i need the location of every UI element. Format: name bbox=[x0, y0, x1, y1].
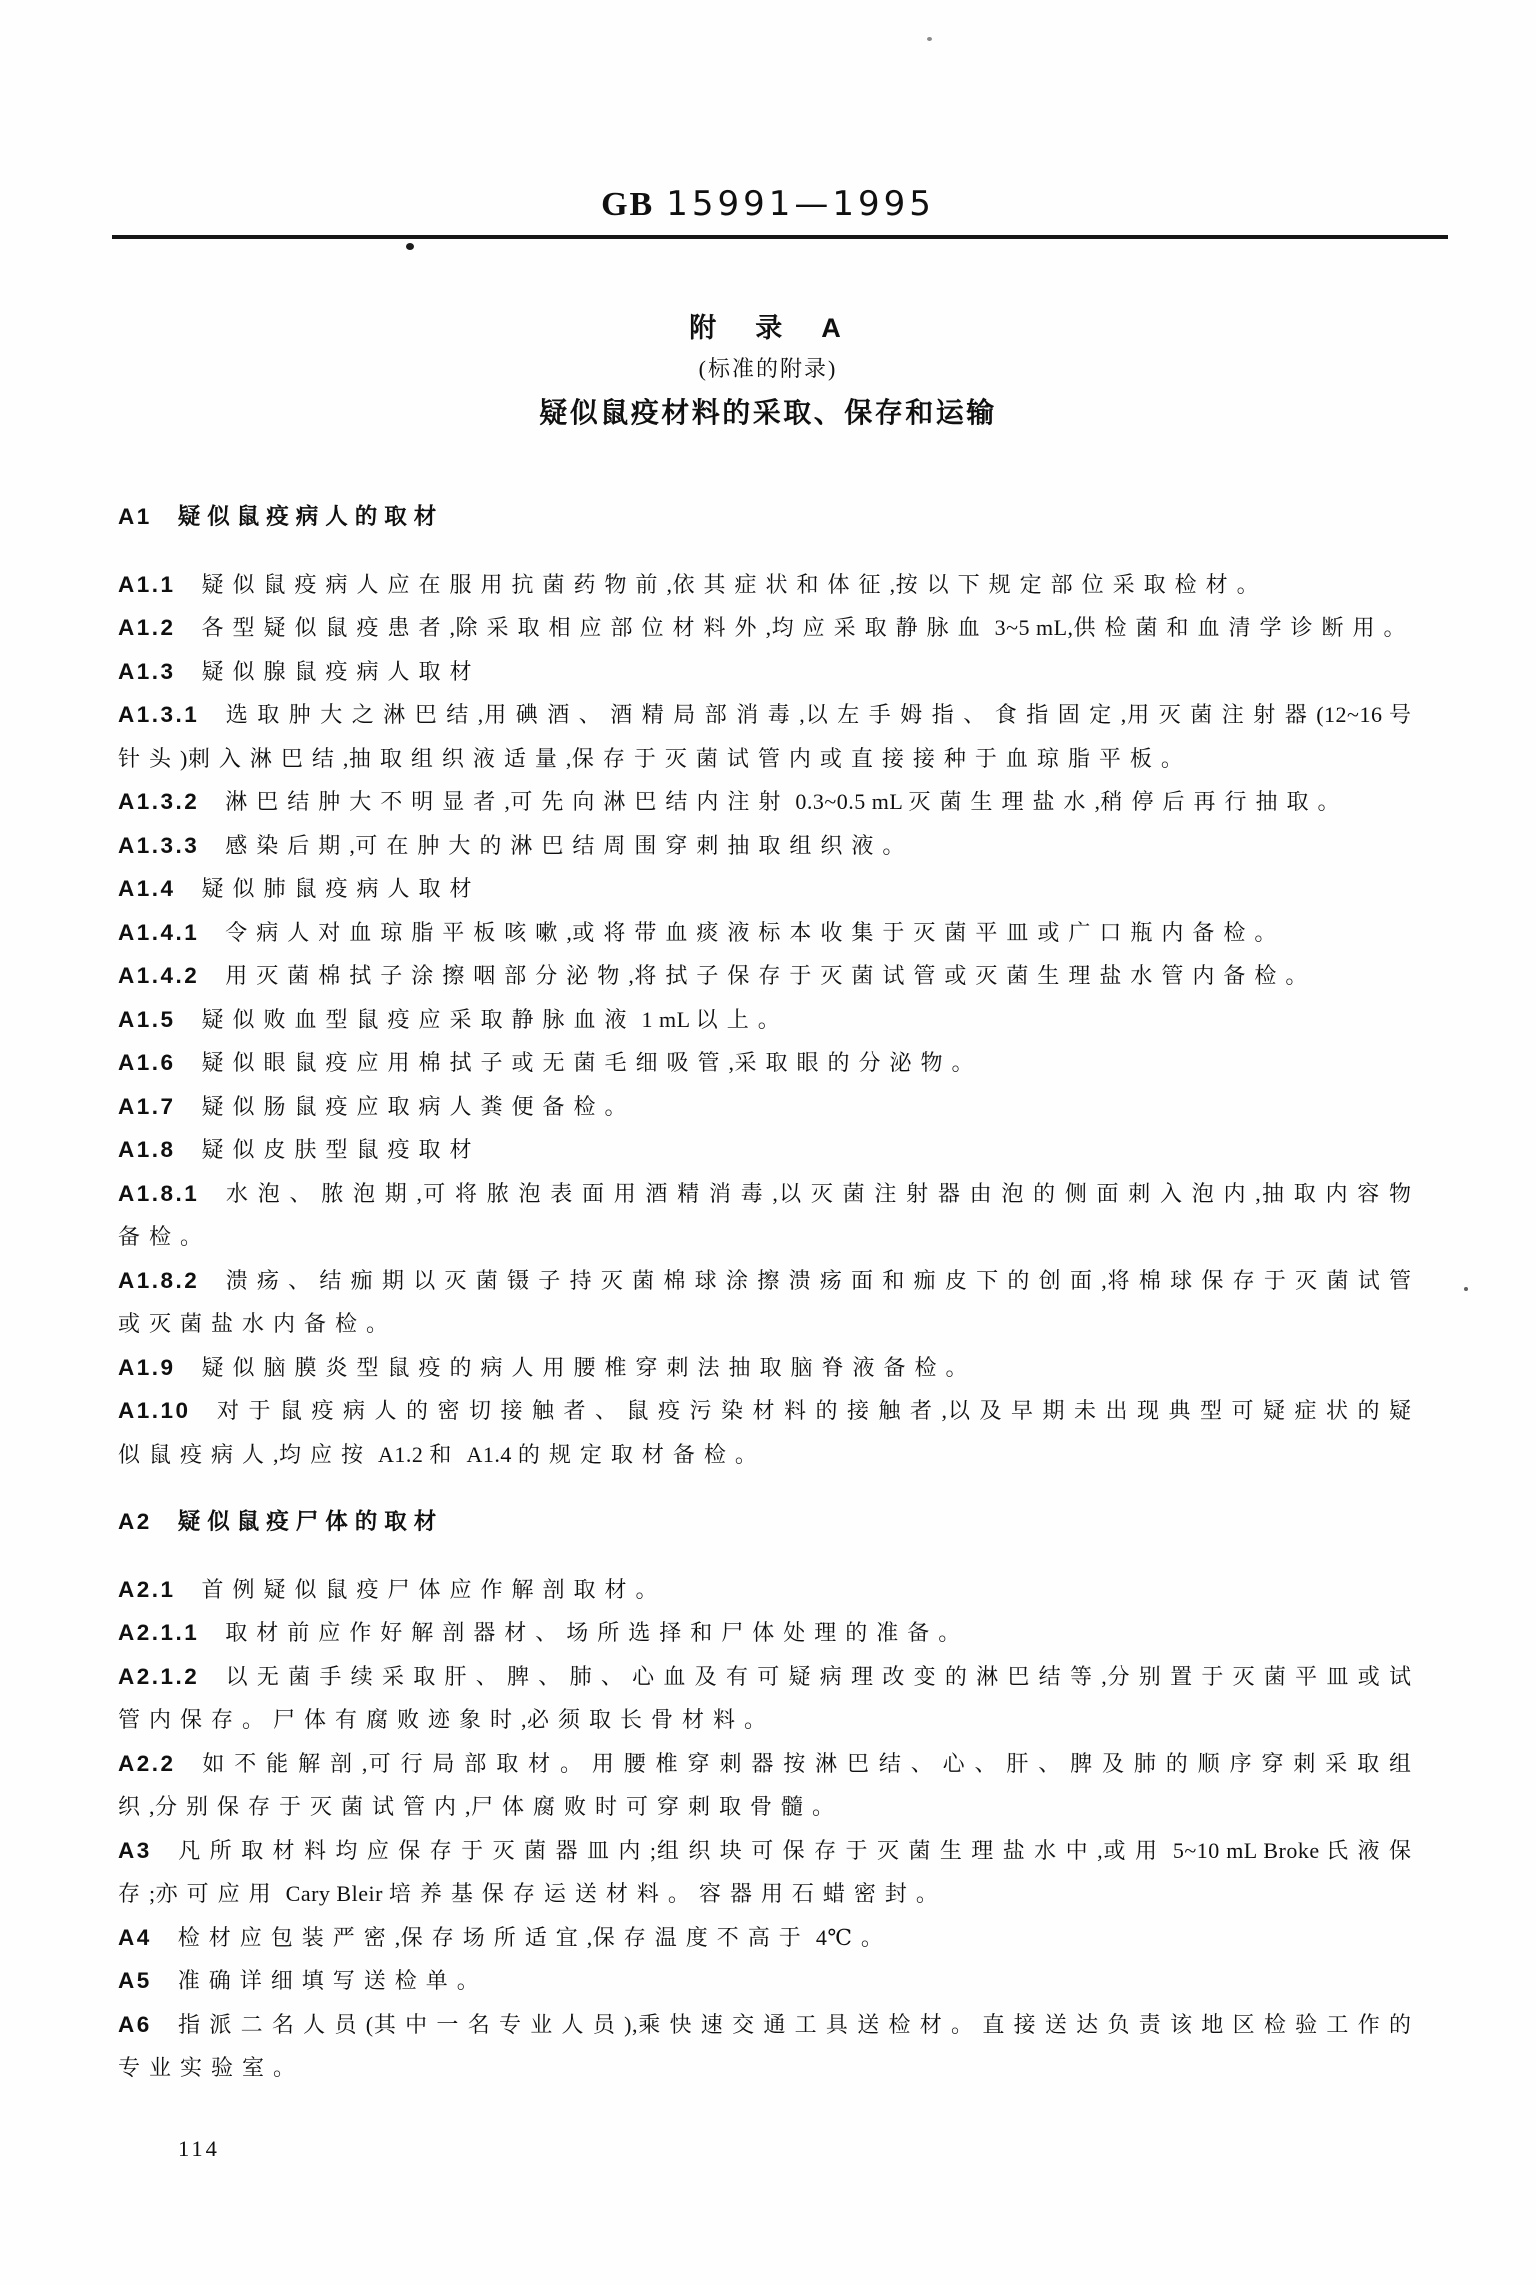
appendix-title: 疑似鼠疫材料的采取、保存和运输 bbox=[0, 395, 1536, 431]
clause-number: A1.5 bbox=[118, 1007, 202, 1032]
clause-text: 疑似鼠疫病人应在服用抗菌药物前,依其症状和体征,按以下规定部位采取检材。 bbox=[202, 572, 1268, 597]
clause-number: A1.3.1 bbox=[118, 702, 225, 727]
clause: A1.7疑似肠鼠疫应取病人粪便备检。 bbox=[118, 1085, 1420, 1129]
clause-number: A1.8 bbox=[118, 1137, 202, 1162]
clause-text: 选取肿大之淋巴结,用碘酒、酒精局部消毒,以左手姆指、食指固定,用灭菌注射器(12… bbox=[118, 702, 1420, 771]
clause-text: 各型疑似鼠疫患者,除采取相应部位材料外,均应采取静脉血 3~5 mL,供检菌和血… bbox=[202, 615, 1415, 640]
clause: A1.5疑似败血型鼠疫应采取静脉血液 1 mL 以上。 bbox=[118, 998, 1420, 1042]
clause-text: 以无菌手续采取肝、脾、肺、心血及有可疑病理改变的淋巴结等,分别置于灭菌平皿或试管… bbox=[118, 1664, 1420, 1733]
clause: A1.4.2用灭菌棉拭子涂擦咽部分泌物,将拭子保存于灭菌试管或灭菌生理盐水管内备… bbox=[118, 954, 1420, 998]
clause: A1.9疑似脑膜炎型鼠疫的病人用腰椎穿刺法抽取脑脊液备检。 bbox=[118, 1346, 1420, 1390]
clause-number: A2 bbox=[118, 1509, 178, 1534]
clause-list: A1疑似鼠疫病人的取材 A1.1疑似鼠疫病人应在服用抗菌药物前,依其症状和体征,… bbox=[118, 431, 1420, 2090]
clause-number: A4 bbox=[118, 1925, 178, 1950]
clause-text: 检材应包装严密,保存场所适宜,保存温度不高于 4℃。 bbox=[178, 1925, 892, 1950]
clause-text: 疑似脑膜炎型鼠疫的病人用腰椎穿刺法抽取脑脊液备检。 bbox=[202, 1355, 977, 1380]
clause-number: A2.1.2 bbox=[118, 1664, 225, 1689]
clause: A4检材应包装严密,保存场所适宜,保存温度不高于 4℃。 bbox=[118, 1916, 1420, 1960]
clause-text: 溃疡、结痂期以灭菌镊子持灭菌棉球涂擦溃疡面和痂皮下的创面,将棉球保存于灭菌试管或… bbox=[118, 1268, 1420, 1337]
clause: A1.3.1选取肿大之淋巴结,用碘酒、酒精局部消毒,以左手姆指、食指固定,用灭菌… bbox=[118, 693, 1420, 780]
clause-number: A1.6 bbox=[118, 1050, 202, 1075]
clause-number: A3 bbox=[118, 1838, 178, 1863]
clause-number: A1.7 bbox=[118, 1094, 202, 1119]
clause: A1.3疑似腺鼠疫病人取材 bbox=[118, 650, 1420, 694]
clause-text: 如不能解剖,可行局部取材。用腰椎穿刺器按淋巴结、心、肝、脾及肺的顺序穿刺采取组织… bbox=[118, 1751, 1420, 1820]
clause-text: 指派二名人员(其中一名专业人员),乘快速交通工具送检材。直接送达负责该地区检验工… bbox=[118, 2012, 1420, 2081]
clause-text: 凡所取材料均应保存于灭菌器皿内;组织块可保存于灭菌生理盐水中,或用 5~10 m… bbox=[118, 1838, 1420, 1907]
clause-number: A2.1 bbox=[118, 1577, 202, 1602]
clause-text: 疑似皮肤型鼠疫取材 bbox=[202, 1137, 481, 1162]
page-number: 114 bbox=[178, 2136, 220, 2161]
clause: A3凡所取材料均应保存于灭菌器皿内;组织块可保存于灭菌生理盐水中,或用 5~10… bbox=[118, 1829, 1420, 1916]
clause-number: A1.3.3 bbox=[118, 833, 225, 858]
standard-prefix: GB bbox=[601, 186, 654, 223]
clause-text: 疑似肠鼠疫应取病人粪便备检。 bbox=[202, 1094, 636, 1119]
appendix-note: (标准的附录) bbox=[0, 354, 1536, 384]
clause-text: 首例疑似鼠疫尸体应作解剖取材。 bbox=[202, 1577, 667, 1602]
page-header: GB15991—1995 bbox=[0, 0, 1536, 239]
clause: A1.4.1令病人对血琼脂平板咳嗽,或将带血痰液标本收集于灭菌平皿或广口瓶内备检… bbox=[118, 911, 1420, 955]
clause-number: A2.2 bbox=[118, 1751, 202, 1776]
appendix-header: 附 录 A (标准的附录) 疑似鼠疫材料的采取、保存和运输 bbox=[0, 311, 1536, 431]
clause-text: 准确详细填写送检单。 bbox=[178, 1968, 488, 1993]
ink-speck bbox=[927, 37, 932, 41]
clause: A1.3.2淋巴结肿大不明显者,可先向淋巴结内注射 0.3~0.5 mL 灭菌生… bbox=[118, 780, 1420, 824]
clause: A1.3.3感染后期,可在肿大的淋巴结周围穿刺抽取组织液。 bbox=[118, 824, 1420, 868]
clause-text: 取材前应作好解剖器材、场所选择和尸体处理的准备。 bbox=[225, 1620, 969, 1645]
clause: A5准确详细填写送检单。 bbox=[118, 1959, 1420, 2003]
clause: A1.8.2溃疡、结痂期以灭菌镊子持灭菌棉球涂擦溃疡面和痂皮下的创面,将棉球保存… bbox=[118, 1259, 1420, 1346]
clause: A1疑似鼠疫病人的取材 bbox=[118, 495, 1420, 539]
clause: A1.6疑似眼鼠疫应用棉拭子或无菌毛细吸管,采取眼的分泌物。 bbox=[118, 1041, 1420, 1085]
clause: A1.10对于鼠疫病人的密切接触者、鼠疫污染材料的接触者,以及早期未出现典型可疑… bbox=[118, 1389, 1420, 1476]
page-footer: 114 bbox=[178, 2136, 1536, 2162]
clause-text: 用灭菌棉拭子涂擦咽部分泌物,将拭子保存于灭菌试管或灭菌生理盐水管内备检。 bbox=[225, 963, 1316, 988]
clause: A1.8疑似皮肤型鼠疫取材 bbox=[118, 1128, 1420, 1172]
clause-text: 疑似肺鼠疫病人取材 bbox=[202, 876, 481, 901]
clause-number: A1 bbox=[118, 504, 178, 529]
clause-text: 疑似鼠疫尸体的取材 bbox=[178, 1509, 444, 1534]
clause-text: 令病人对血琼脂平板咳嗽,或将带血痰液标本收集于灭菌平皿或广口瓶内备检。 bbox=[225, 920, 1285, 945]
clause-number: A5 bbox=[118, 1968, 178, 1993]
clause-number: A1.3.2 bbox=[118, 789, 225, 814]
clause: A2.1.2以无菌手续采取肝、脾、肺、心血及有可疑病理改变的淋巴结等,分别置于灭… bbox=[118, 1655, 1420, 1742]
clause-number: A2.1.1 bbox=[118, 1620, 225, 1645]
clause-number: A1.3 bbox=[118, 659, 202, 684]
scanned-standard-page: { "page": { "doc_code": { "prefix": "GB"… bbox=[0, 0, 1536, 2285]
clause: A1.2各型疑似鼠疫患者,除采取相应部位材料外,均应采取静脉血 3~5 mL,供… bbox=[118, 606, 1420, 650]
appendix-label: 附 录 A bbox=[0, 311, 1536, 345]
clause-number: A6 bbox=[118, 2012, 178, 2037]
clause-text: 疑似眼鼠疫应用棉拭子或无菌毛细吸管,采取眼的分泌物。 bbox=[202, 1050, 983, 1075]
clause: A6指派二名人员(其中一名专业人员),乘快速交通工具送检材。直接送达负责该地区检… bbox=[118, 2003, 1420, 2090]
clause-number: A1.2 bbox=[118, 615, 202, 640]
clause-number: A1.4.2 bbox=[118, 963, 225, 988]
clause: A2.2如不能解剖,可行局部取材。用腰椎穿刺器按淋巴结、心、肝、脾及肺的顺序穿刺… bbox=[118, 1742, 1420, 1829]
ink-speck bbox=[406, 243, 414, 250]
header-rule bbox=[112, 235, 1448, 239]
clause: A1.8.1水泡、脓泡期,可将脓泡表面用酒精消毒,以灭菌注射器由泡的侧面刺入泡内… bbox=[118, 1172, 1420, 1259]
clause-text: 疑似腺鼠疫病人取材 bbox=[202, 659, 481, 684]
clause-number: A1.10 bbox=[118, 1398, 217, 1423]
standard-digits: 15991—1995 bbox=[666, 184, 935, 224]
clause: A2疑似鼠疫尸体的取材 bbox=[118, 1500, 1420, 1544]
clause-number: A1.1 bbox=[118, 572, 202, 597]
clause-text: 对于鼠疫病人的密切接触者、鼠疫污染材料的接触者,以及早期未出现典型可疑症状的疑似… bbox=[118, 1398, 1420, 1467]
clause-number: A1.9 bbox=[118, 1355, 202, 1380]
clause-number: A1.4.1 bbox=[118, 920, 225, 945]
clause-text: 水泡、脓泡期,可将脓泡表面用酒精消毒,以灭菌注射器由泡的侧面刺入泡内,抽取内容物… bbox=[118, 1181, 1420, 1250]
clause: A1.4疑似肺鼠疫病人取材 bbox=[118, 867, 1420, 911]
ink-speck bbox=[1464, 1287, 1468, 1291]
clause: A1.1疑似鼠疫病人应在服用抗菌药物前,依其症状和体征,按以下规定部位采取检材。 bbox=[118, 563, 1420, 607]
clause: A2.1.1取材前应作好解剖器材、场所选择和尸体处理的准备。 bbox=[118, 1611, 1420, 1655]
clause-number: A1.4 bbox=[118, 876, 202, 901]
standard-number: GB15991—1995 bbox=[0, 0, 1536, 225]
clause-text: 疑似败血型鼠疫应采取静脉血液 1 mL 以上。 bbox=[202, 1007, 789, 1032]
clause-text: 疑似鼠疫病人的取材 bbox=[178, 504, 444, 529]
clause-number: A1.8.1 bbox=[118, 1181, 225, 1206]
clause-text: 感染后期,可在肿大的淋巴结周围穿刺抽取组织液。 bbox=[225, 833, 913, 858]
clause-number: A1.8.2 bbox=[118, 1268, 225, 1293]
clause: A2.1首例疑似鼠疫尸体应作解剖取材。 bbox=[118, 1568, 1420, 1612]
clause-text: 淋巴结肿大不明显者,可先向淋巴结内注射 0.3~0.5 mL 灭菌生理盐水,稍停… bbox=[225, 789, 1348, 814]
